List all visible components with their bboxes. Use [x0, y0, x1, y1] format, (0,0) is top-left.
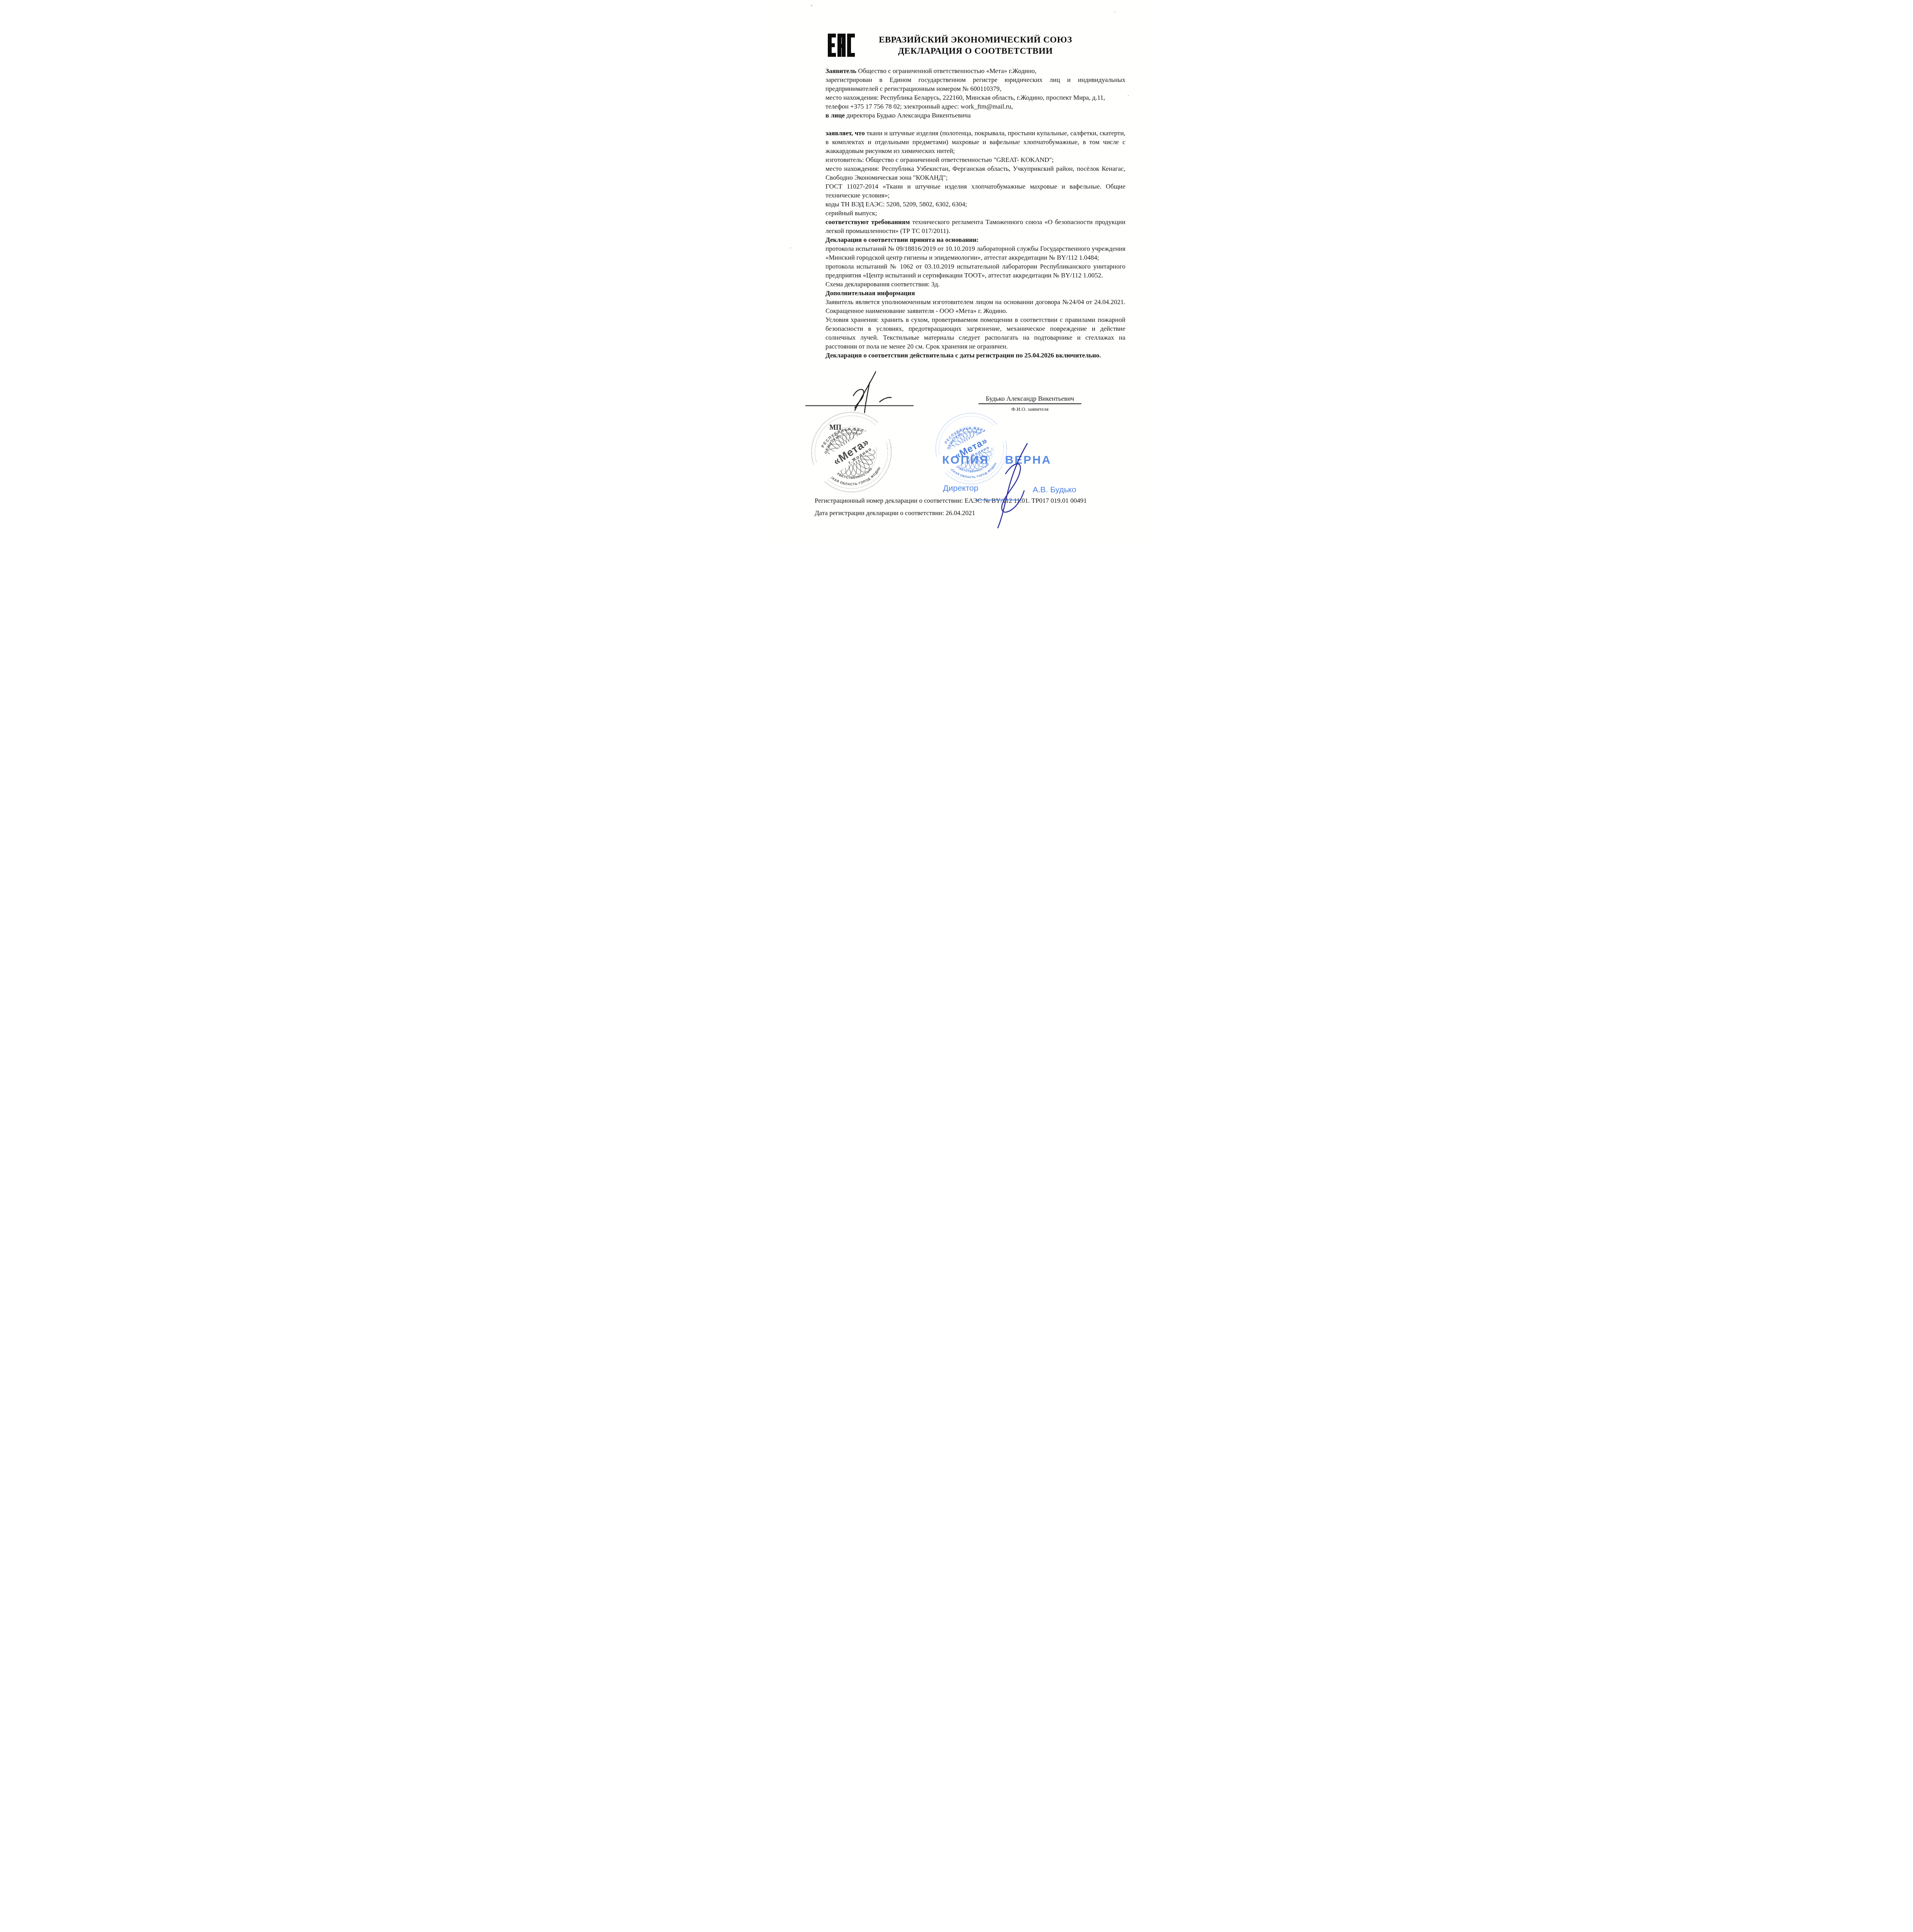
registration-date-line: Дата регистрации декларации о соответств…: [815, 509, 1135, 517]
text-run: место нахождения: Республика Беларусь, 2…: [825, 94, 1105, 101]
paragraph: заявляет, что ткани и штучные изделия (п…: [825, 129, 1125, 155]
text-run: Общество с ограниченной ответственностью…: [856, 67, 1036, 75]
bold-text-run: Дополнительная информация: [825, 289, 915, 297]
paragraph: Дополнительная информация: [825, 289, 1125, 298]
handwritten-signature-blue: [982, 440, 1043, 530]
paragraph: соответствуют требованиям технического р…: [825, 218, 1125, 235]
text-run: место нахождения: Республика Узбекистан,…: [825, 165, 1125, 181]
paragraph: серийный выпуск;: [825, 209, 1125, 218]
bold-text-run: заявляет, что: [825, 129, 865, 137]
document-title: ЕВРАЗИЙСКИЙ ЭКОНОМИЧЕСКИЙ СОЮЗ ДЕКЛАРАЦИ…: [825, 34, 1125, 56]
paragraph: Заявитель является уполномоченным изгото…: [825, 298, 1125, 315]
bold-text-run: Заявитель: [825, 67, 856, 75]
text-run: телефон +375 17 756 78 02; электронный а…: [825, 103, 1013, 110]
paragraph: ГОСТ 11027-2014 «Ткани и штучные изделия…: [825, 182, 1125, 200]
paragraph: Декларация о соответствии действительна …: [825, 351, 1125, 360]
handwritten-signature-black: [842, 371, 897, 414]
bold-text-run: Декларация о соответствии принята на осн…: [825, 236, 979, 243]
text-run: Схема декларирования соответствия: 3д.: [825, 281, 939, 288]
bold-text-run: в лице: [825, 112, 845, 119]
paragraph: протокола испытаний № 09/18816/2019 от 1…: [825, 244, 1125, 262]
declarant-name: Будько Александр Викентьевич: [979, 395, 1081, 404]
paragraph: место нахождения: Республика Узбекистан,…: [825, 164, 1125, 182]
text-run: изготовитель: Общество с ограниченной от…: [825, 156, 1054, 163]
bold-text-run: соответствуют требованиям: [825, 218, 910, 226]
registration-number-line: Регистрационный номер декларации о соотв…: [815, 497, 1135, 505]
declaration-body: Заявитель Общество с ограниченной ответс…: [825, 66, 1125, 360]
paragraph: зарегистрирован в Едином государственном…: [825, 75, 1125, 93]
text-run: протокола испытаний № 09/18816/2019 от 1…: [825, 245, 1125, 261]
paragraph: Схема декларирования соответствия: 3д.: [825, 280, 1125, 289]
text-run: ГОСТ 11027-2014 «Ткани и штучные изделия…: [825, 183, 1125, 199]
document-page: ЕВРАЗИЙСКИЙ ЭКОНОМИЧЕСКИЙ СОЮЗ ДЕКЛАРАЦИ…: [765, 0, 1148, 541]
bold-text-run: Декларация о соответствии действительна …: [825, 352, 1101, 359]
mp-placeholder-label: МП: [829, 423, 841, 432]
title-line2: ДЕКЛАРАЦИЯ О СООТВЕТСТВИИ: [825, 45, 1125, 56]
text-run: протокола испытаний № 1062 от 03.10.2019…: [825, 263, 1125, 279]
text-run: зарегистрирован в Едином государственном…: [825, 76, 1125, 92]
scan-speck: [1114, 12, 1115, 13]
text-run: Заявитель является уполномоченным изгото…: [825, 298, 1125, 315]
scan-speck: [811, 5, 812, 6]
scan-speck: [1128, 95, 1129, 96]
paragraph: Заявитель Общество с ограниченной ответс…: [825, 66, 1125, 75]
paragraph: Декларация о соответствии принята на осн…: [825, 235, 1125, 244]
text-run: серийный выпуск;: [825, 209, 877, 217]
text-run: ткани и штучные изделия (полотенца, покр…: [825, 129, 1125, 155]
director-label: Директор: [943, 484, 978, 493]
paragraph: место нахождения: Республика Беларусь, 2…: [825, 93, 1125, 102]
company-stamp-black: РЕСПУБЛИКА БЕЛАРУСЬ ОБЩЕСТВО С ОГРАНИЧЕН…: [805, 406, 898, 498]
text-run: Условия хранения: хранить в сухом, прове…: [825, 316, 1125, 350]
paragraph: в лице директора Будько Александра Викен…: [825, 111, 1125, 120]
paragraph: Условия хранения: хранить в сухом, прове…: [825, 315, 1125, 351]
paragraph: изготовитель: Общество с ограниченной от…: [825, 155, 1125, 164]
text-run: директора Будько Александра Викентьевича: [845, 112, 971, 119]
text-run: коды ТН ВЭД ЕАЭС: 5208, 5209, 5802, 6302…: [825, 201, 967, 208]
paragraph: телефон +375 17 756 78 02; электронный а…: [825, 102, 1125, 111]
paragraph: протокола испытаний № 1062 от 03.10.2019…: [825, 262, 1125, 280]
paragraph: коды ТН ВЭД ЕАЭС: 5208, 5209, 5802, 6302…: [825, 200, 1125, 209]
title-line1: ЕВРАЗИЙСКИЙ ЭКОНОМИЧЕСКИЙ СОЮЗ: [825, 34, 1125, 45]
scan-speck: [790, 247, 791, 248]
